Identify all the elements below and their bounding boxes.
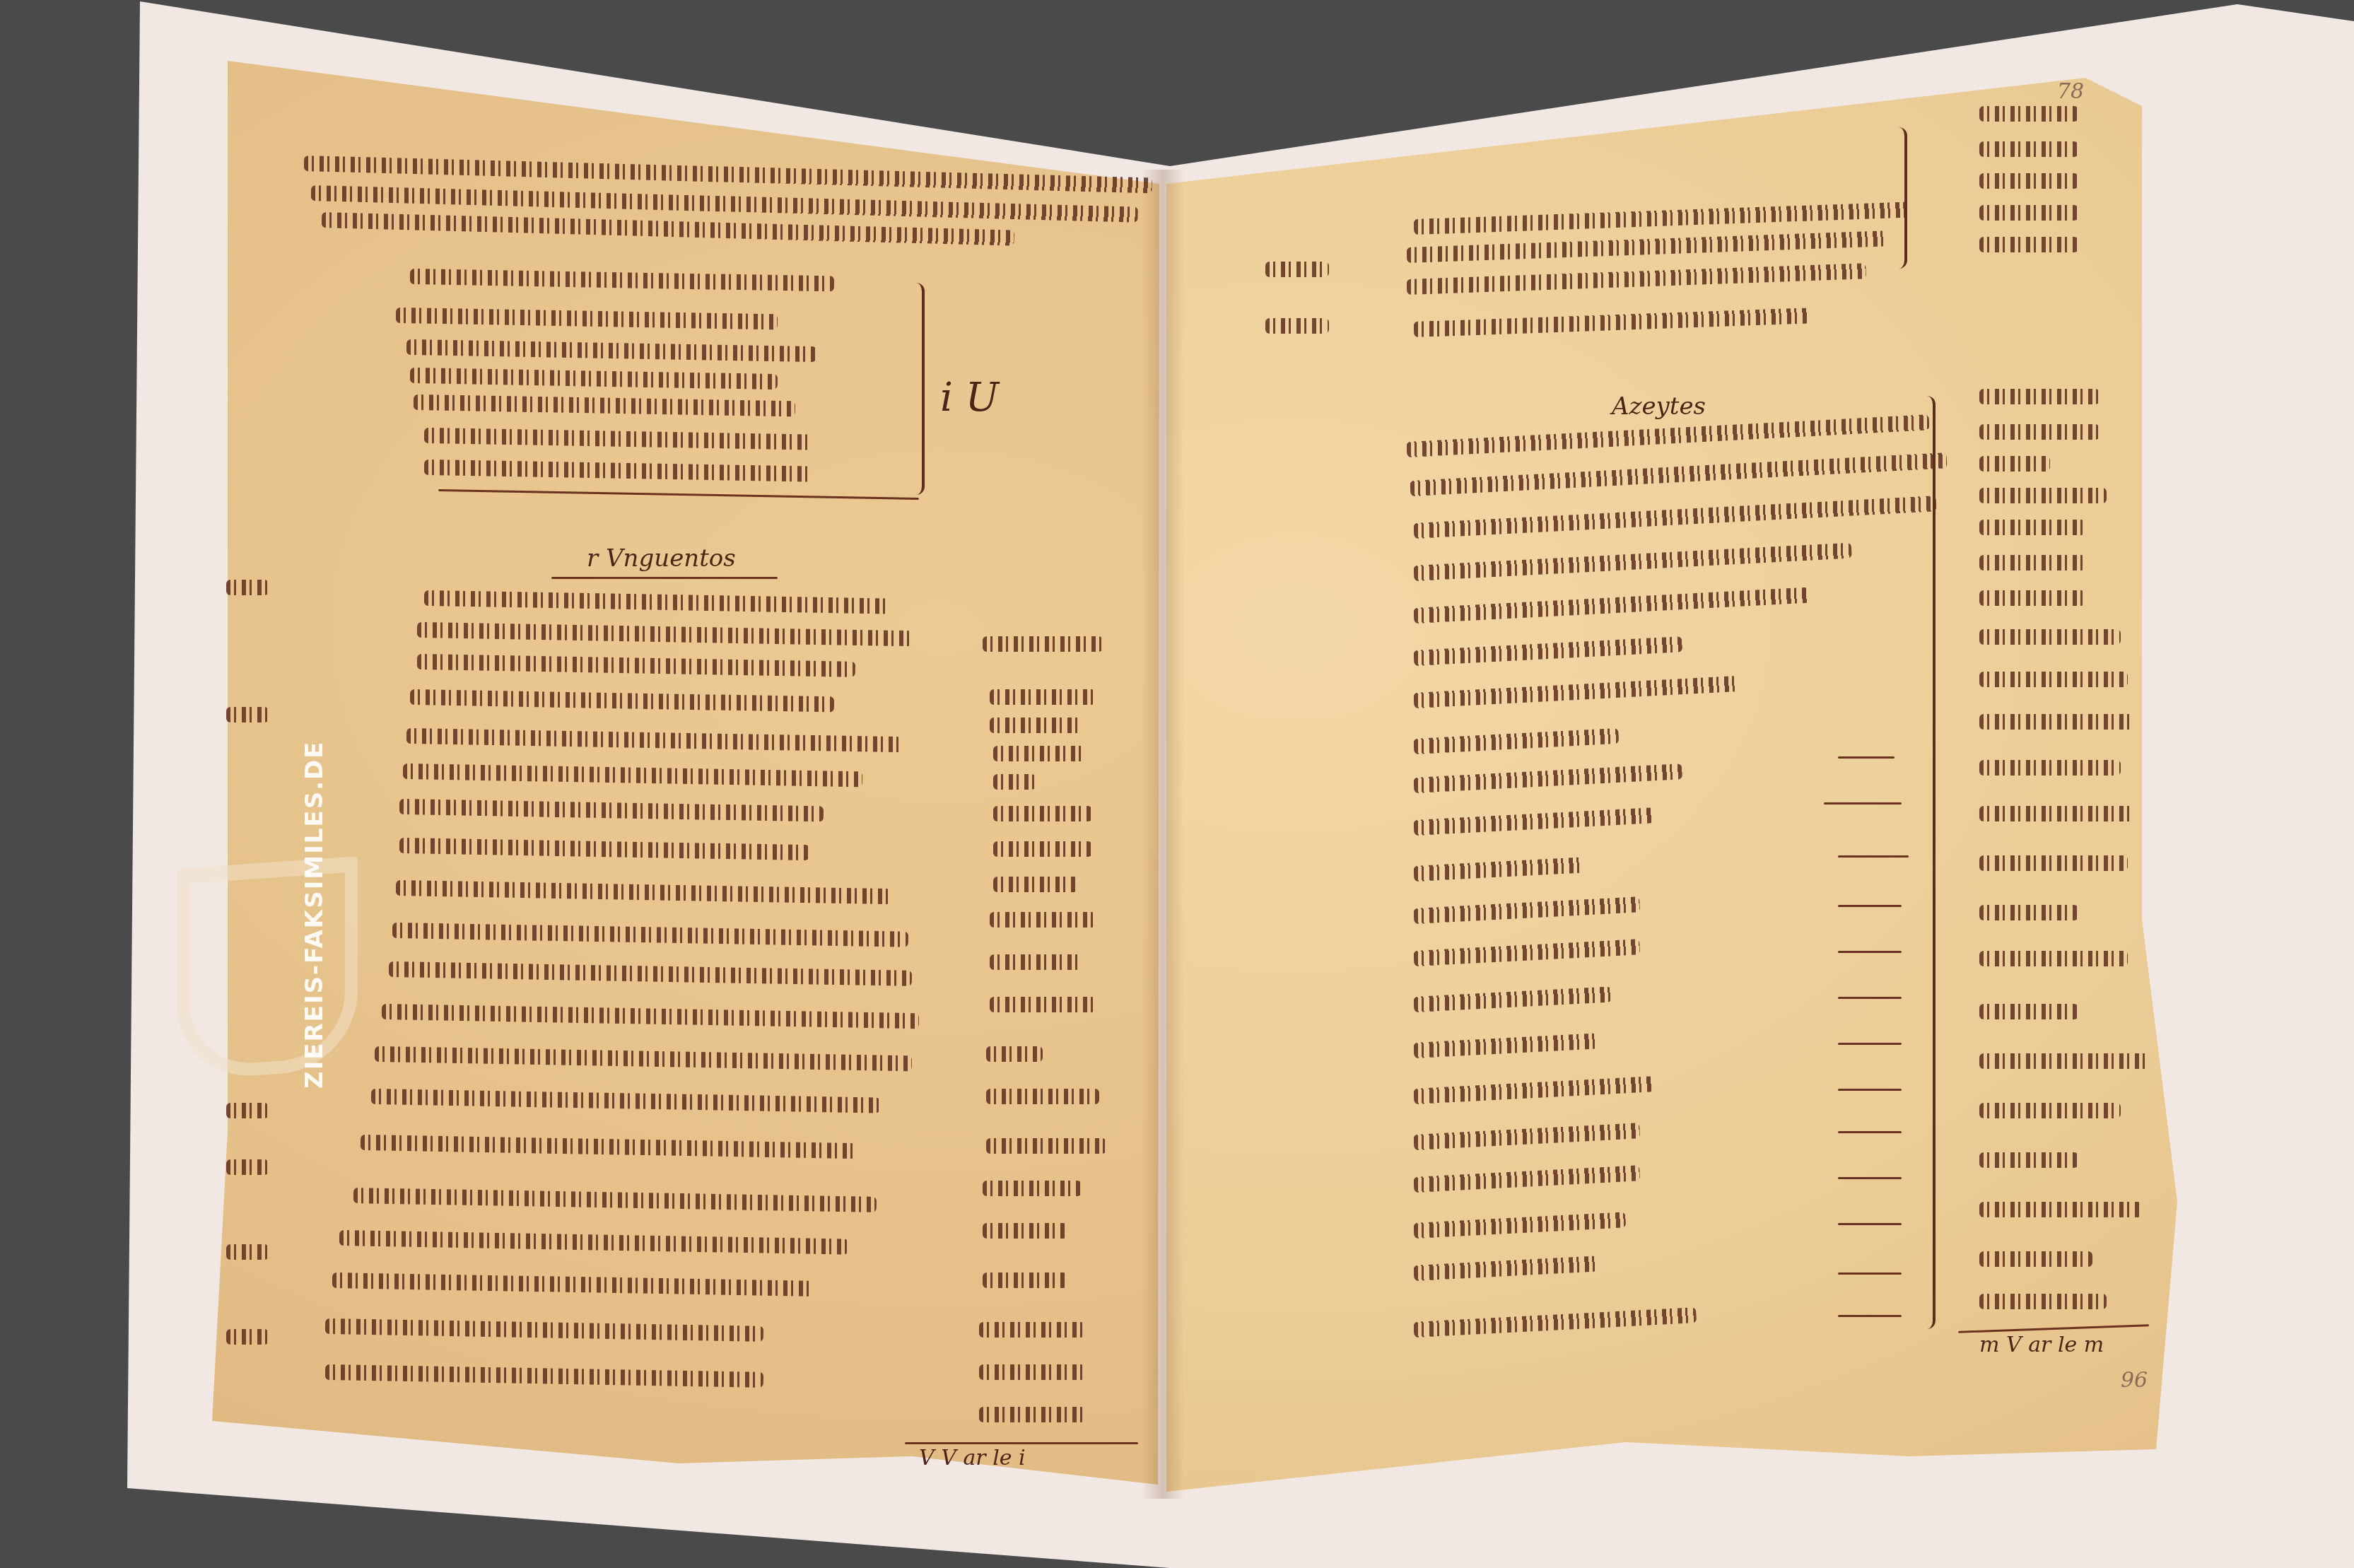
right-dash <box>1824 802 1902 805</box>
folio-number-bottom: 96 <box>2121 1368 2148 1393</box>
left-amount <box>990 718 1082 733</box>
left-margin-mark <box>226 1159 269 1175</box>
watermark: ZIEREIS-FAKSIMILES.DE <box>163 834 389 1103</box>
left-amount <box>993 841 1092 857</box>
left-amount <box>993 746 1085 761</box>
right-amount <box>1979 456 2050 472</box>
watermark-text: ZIEREIS-FAKSIMILES.DE <box>300 740 329 1089</box>
right-amount <box>1979 1202 2142 1217</box>
left-amount <box>983 1223 1067 1239</box>
right-amount <box>1979 205 2078 221</box>
left-margin-mark <box>226 1244 269 1260</box>
right-amount <box>1979 1004 2078 1019</box>
left-block-bracket <box>912 283 925 495</box>
right-amount <box>1979 488 2107 503</box>
watermark-shield-icon <box>177 856 358 1081</box>
left-amount <box>990 689 1096 705</box>
right-margin-mark <box>1265 262 1329 277</box>
right-amount <box>1979 590 2085 606</box>
left-bracket-total: i U <box>940 375 999 421</box>
left-amount <box>983 636 1103 652</box>
left-footer-total: V V ar le i <box>919 1446 1026 1470</box>
right-section-heading: Azeytes <box>1612 392 1706 421</box>
left-amount <box>983 1181 1082 1196</box>
right-footer-total: m V ar le m <box>1979 1333 2104 1357</box>
left-amount <box>986 1138 1106 1154</box>
right-amount <box>1979 173 2078 189</box>
right-dash <box>1838 951 1902 953</box>
right-dash <box>1838 855 1909 858</box>
left-total-rule <box>905 1442 1138 1444</box>
right-dash <box>1838 997 1902 999</box>
left-amount <box>979 1407 1085 1422</box>
right-amount <box>1979 1251 2092 1267</box>
right-amount <box>1979 389 2100 404</box>
book-gutter <box>1142 170 1184 1499</box>
left-amount <box>993 774 1036 790</box>
right-amount <box>1979 855 2128 871</box>
left-amount <box>986 1046 1043 1062</box>
right-amount <box>1979 1294 2107 1309</box>
left-margin-mark <box>226 580 269 595</box>
right-dash <box>1838 1223 1902 1225</box>
scan-canvas: i U r Vnguentos V V ar le i <box>0 0 2354 1568</box>
right-amount <box>1979 555 2085 571</box>
left-amount <box>979 1322 1085 1338</box>
left-margin-mark <box>226 1329 269 1345</box>
right-amount <box>1979 424 2100 440</box>
right-amount <box>1979 1152 2078 1168</box>
right-amount <box>1979 1103 2121 1118</box>
right-dash <box>1838 756 1895 759</box>
left-amount <box>990 954 1082 970</box>
left-margin-mark <box>226 1103 269 1118</box>
right-dash <box>1838 1043 1902 1045</box>
right-dash <box>1838 1315 1902 1317</box>
right-bracket-main <box>1923 396 1936 1329</box>
left-amount <box>986 1089 1099 1104</box>
right-dash <box>1838 1131 1902 1133</box>
right-margin-mark <box>1265 318 1329 334</box>
right-amount <box>1979 905 2078 920</box>
right-bracket-top <box>1895 127 1907 269</box>
right-amount <box>1979 760 2121 776</box>
left-amount <box>993 806 1092 821</box>
right-amount <box>1979 106 2078 122</box>
left-heading-underline <box>551 577 778 579</box>
right-amount <box>1979 714 2135 730</box>
left-amount <box>993 877 1078 892</box>
right-dash <box>1838 1177 1902 1179</box>
left-amount <box>983 1272 1067 1288</box>
folio-number-top: 78 <box>2057 79 2084 104</box>
right-amount <box>1979 520 2085 535</box>
left-section-heading: r Vnguentos <box>587 544 736 573</box>
right-amount <box>1979 1053 2149 1069</box>
left-margin-mark <box>226 707 269 722</box>
left-amount <box>990 912 1096 928</box>
right-dash <box>1838 1089 1902 1091</box>
right-amount <box>1979 806 2135 821</box>
right-amount <box>1979 237 2078 252</box>
right-amount <box>1979 951 2128 966</box>
right-amount <box>1979 629 2121 645</box>
right-dash <box>1838 905 1902 907</box>
right-amount <box>1979 672 2128 687</box>
left-amount <box>990 997 1096 1012</box>
right-dash <box>1838 1272 1902 1275</box>
left-amount <box>979 1364 1085 1380</box>
right-amount <box>1979 141 2078 157</box>
